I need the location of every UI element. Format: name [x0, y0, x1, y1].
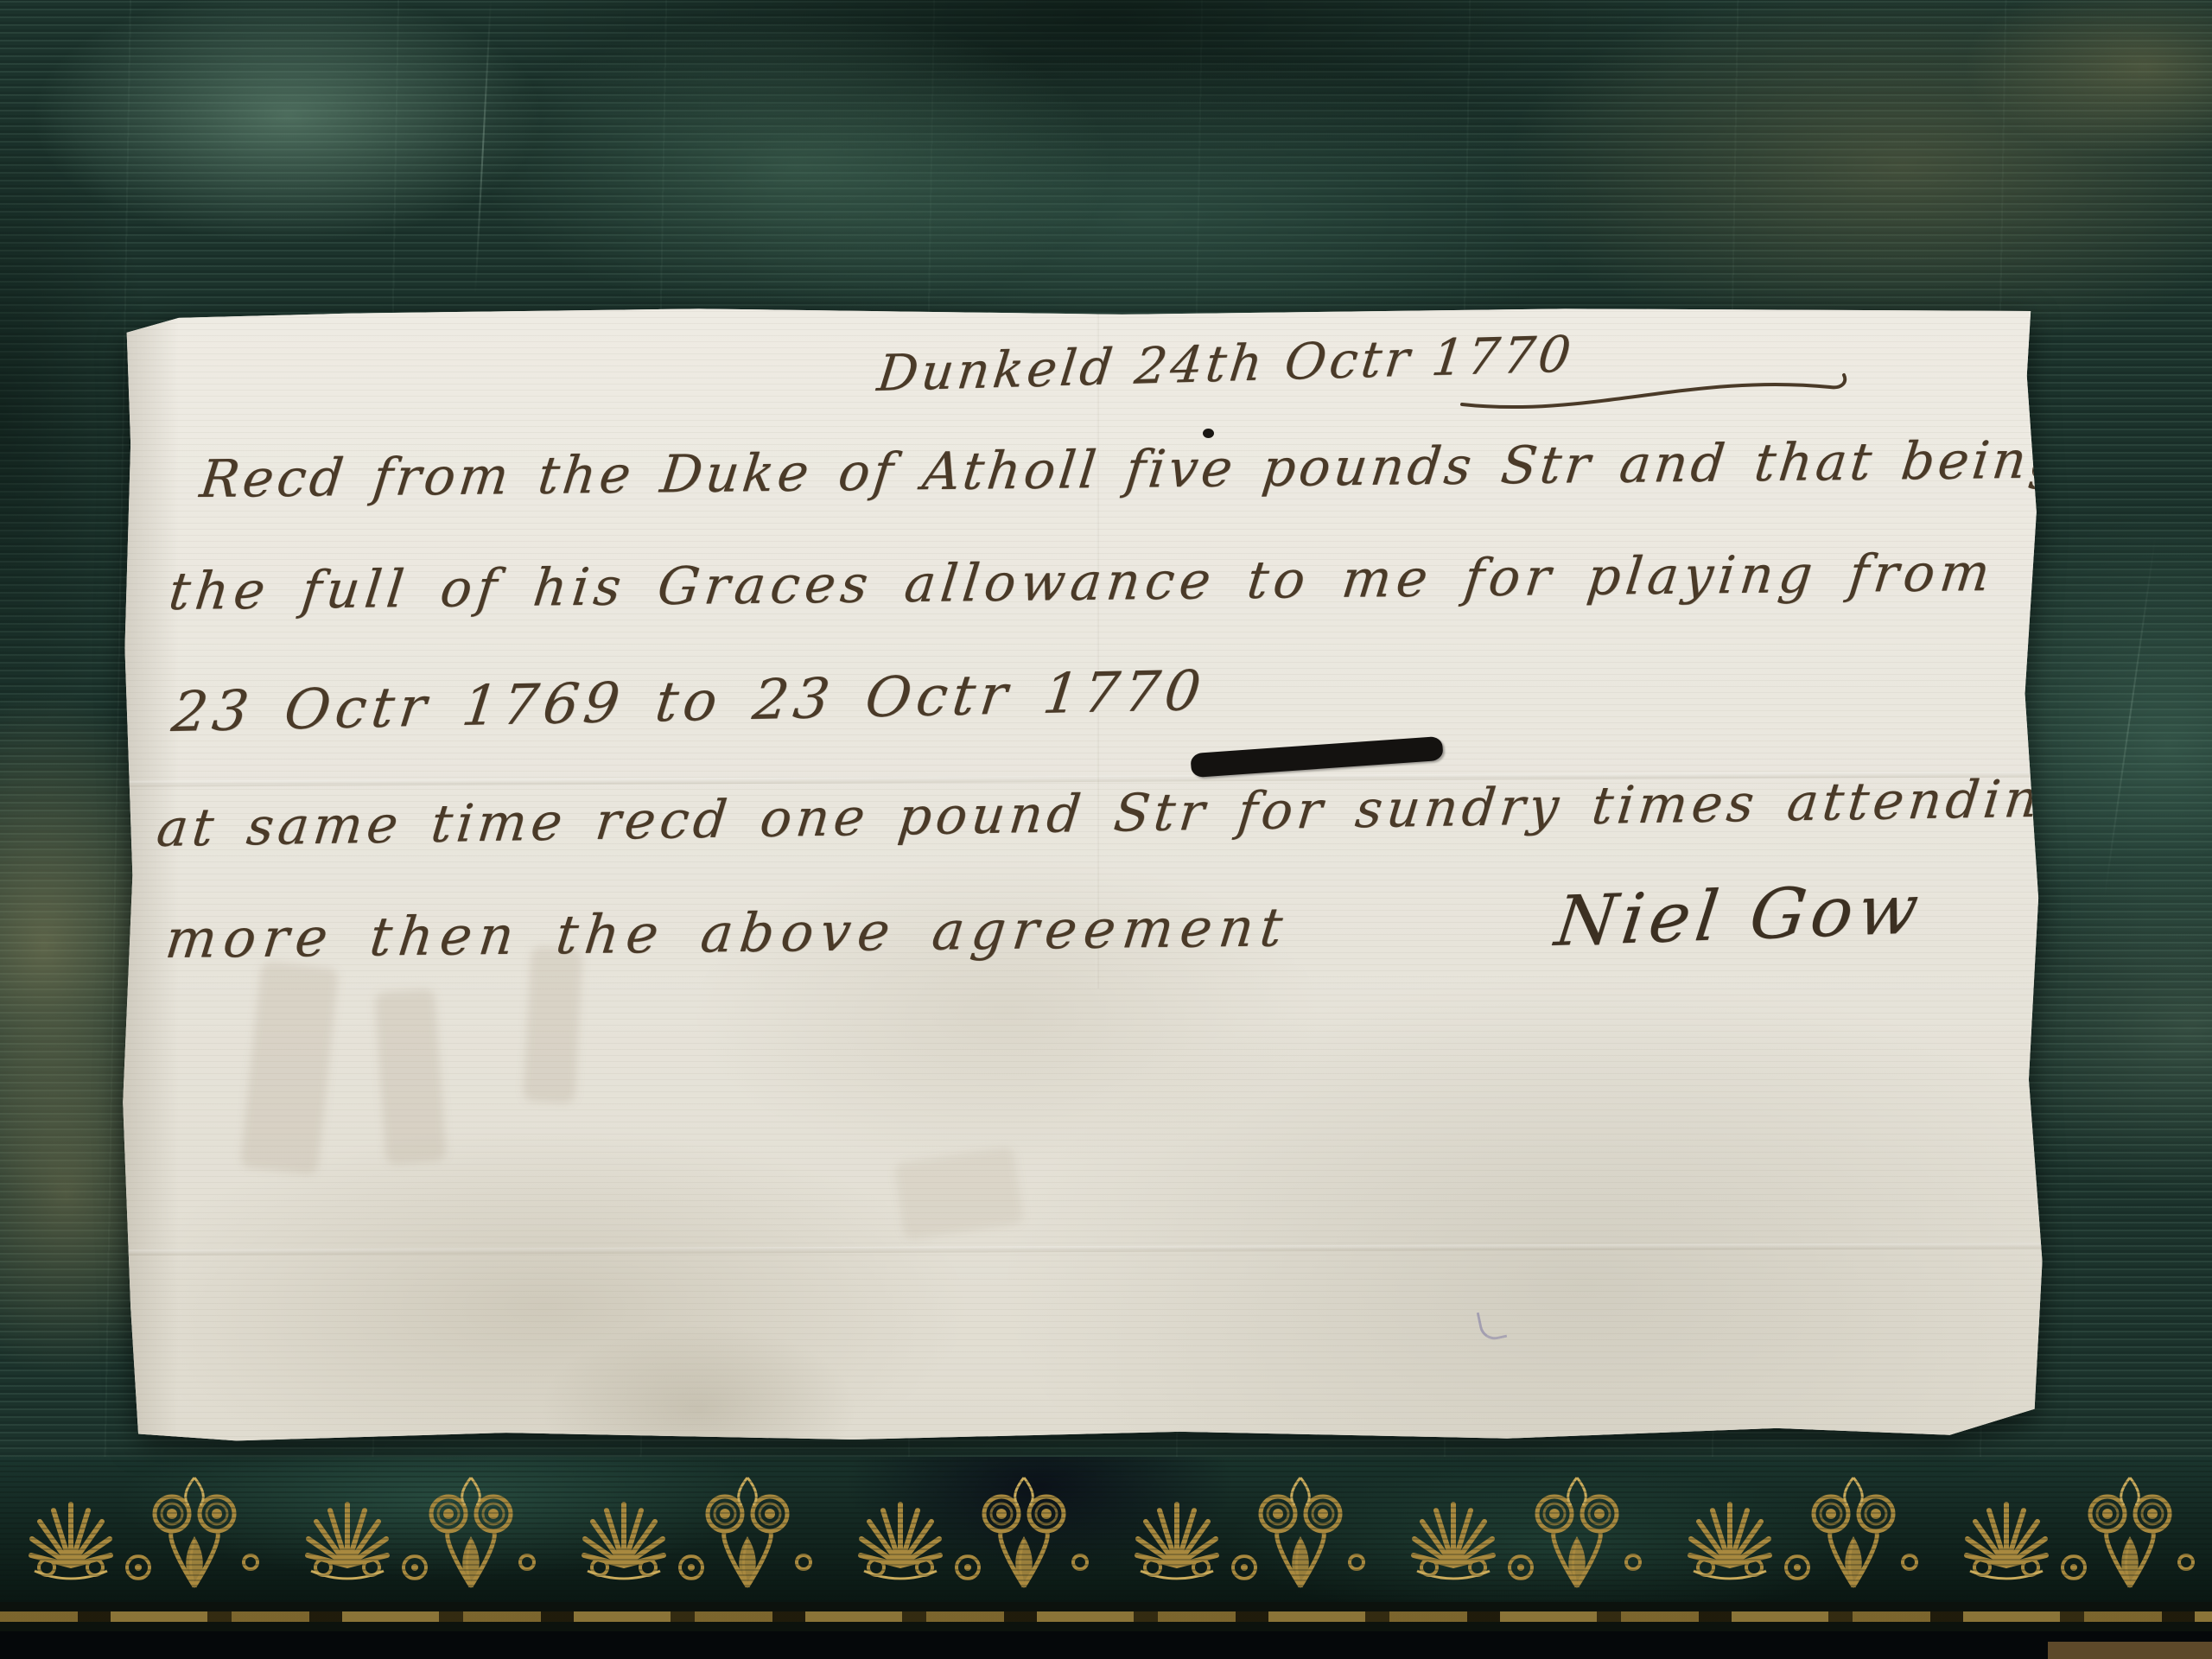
rosette-icon	[1510, 1556, 1532, 1579]
gilt-motif-unit	[0, 1457, 276, 1602]
volute-scroll-icon	[431, 1478, 534, 1586]
cover-edge-strip	[0, 1631, 2212, 1659]
gilt-motif-unit	[553, 1457, 829, 1602]
volute-scroll-icon	[708, 1478, 810, 1586]
anthemion-leaf-icon	[1292, 1536, 1309, 1588]
gilt-ornament-icon	[1659, 1457, 1935, 1602]
heavy-ink-dash	[1190, 736, 1443, 778]
anthemion-leaf-icon	[1568, 1536, 1586, 1588]
gilt-ornament-icon	[1106, 1457, 1382, 1602]
anthemion-leaf-icon	[186, 1536, 203, 1588]
board-corner	[2048, 1642, 2212, 1659]
gilt-fillet-lines	[0, 1602, 2212, 1631]
show-through-mark	[240, 961, 340, 1175]
receipt-paper: Dunkeld 24th Octr 1770 Recd from the Duk…	[121, 308, 2046, 1443]
anthemion-leaf-icon	[739, 1536, 756, 1588]
palmette-icon	[584, 1504, 664, 1579]
gilt-ornament-icon	[1935, 1457, 2212, 1602]
body-line-3: 23 Octr 1769 to 23 Octr 1770	[168, 659, 1209, 745]
rosette-icon	[2063, 1556, 2085, 1579]
volute-scroll-icon	[984, 1478, 1087, 1586]
show-through-mark	[374, 988, 447, 1165]
anthemion-leaf-icon	[2121, 1536, 2139, 1588]
gilt-tooled-border	[0, 1457, 2212, 1602]
show-through-mark	[523, 946, 582, 1104]
palmette-icon	[861, 1504, 940, 1579]
gilt-motif-unit	[1106, 1457, 1382, 1602]
gilt-ornament-icon	[829, 1457, 1106, 1602]
anthemion-leaf-icon	[1015, 1536, 1033, 1588]
volute-scroll-icon	[1261, 1478, 1363, 1586]
gilt-ornament-icon	[553, 1457, 829, 1602]
faint-blue-mark	[1477, 1307, 1508, 1342]
volute-scroll-icon	[1814, 1478, 1916, 1586]
body-line-1: Recd from the Duke of Atholl five pounds…	[197, 429, 2069, 510]
palmette-icon	[31, 1504, 111, 1579]
ink-blot	[1203, 429, 1214, 438]
volute-scroll-icon	[155, 1478, 257, 1586]
body-line-2: the full of his Graces allowance to me f…	[166, 543, 1998, 622]
rosette-icon	[1233, 1556, 1255, 1579]
gilt-ornament-icon	[276, 1457, 553, 1602]
palmette-icon	[1967, 1504, 2046, 1579]
fold-crease	[121, 1243, 2046, 1255]
gilt-ornament-icon	[0, 1457, 276, 1602]
gilt-motif-unit	[1382, 1457, 1659, 1602]
rosette-icon	[957, 1556, 979, 1579]
show-through-mark	[893, 1147, 1024, 1241]
gilt-motif-unit	[1659, 1457, 1935, 1602]
anthemion-leaf-icon	[462, 1536, 480, 1588]
paper-sheet: Dunkeld 24th Octr 1770 Recd from the Duk…	[121, 308, 2046, 1443]
pen-flourish	[1459, 365, 1856, 425]
fold-crease-vertical	[1096, 308, 1099, 988]
palmette-icon	[1690, 1504, 1770, 1579]
gilt-motif-unit	[829, 1457, 1106, 1602]
volute-scroll-icon	[1537, 1478, 1640, 1586]
rosette-icon	[680, 1556, 702, 1579]
gilt-ornament-icon	[1382, 1457, 1659, 1602]
gilt-motif-unit	[276, 1457, 553, 1602]
photograph-of-receipt: Dunkeld 24th Octr 1770 Recd from the Duk…	[0, 0, 2212, 1659]
volute-scroll-icon	[2090, 1478, 2193, 1586]
rosette-icon	[404, 1556, 426, 1579]
rosette-icon	[1786, 1556, 1808, 1579]
anthemion-leaf-icon	[1845, 1536, 1862, 1588]
palmette-icon	[1414, 1504, 1493, 1579]
rosette-icon	[127, 1556, 149, 1579]
signature-niel-gow: Niel Gow	[1551, 868, 1928, 962]
palmette-icon	[308, 1504, 387, 1579]
palmette-icon	[1137, 1504, 1217, 1579]
body-line-5: more then the above agreement	[162, 895, 1293, 970]
gilt-motif-unit	[1935, 1457, 2212, 1602]
